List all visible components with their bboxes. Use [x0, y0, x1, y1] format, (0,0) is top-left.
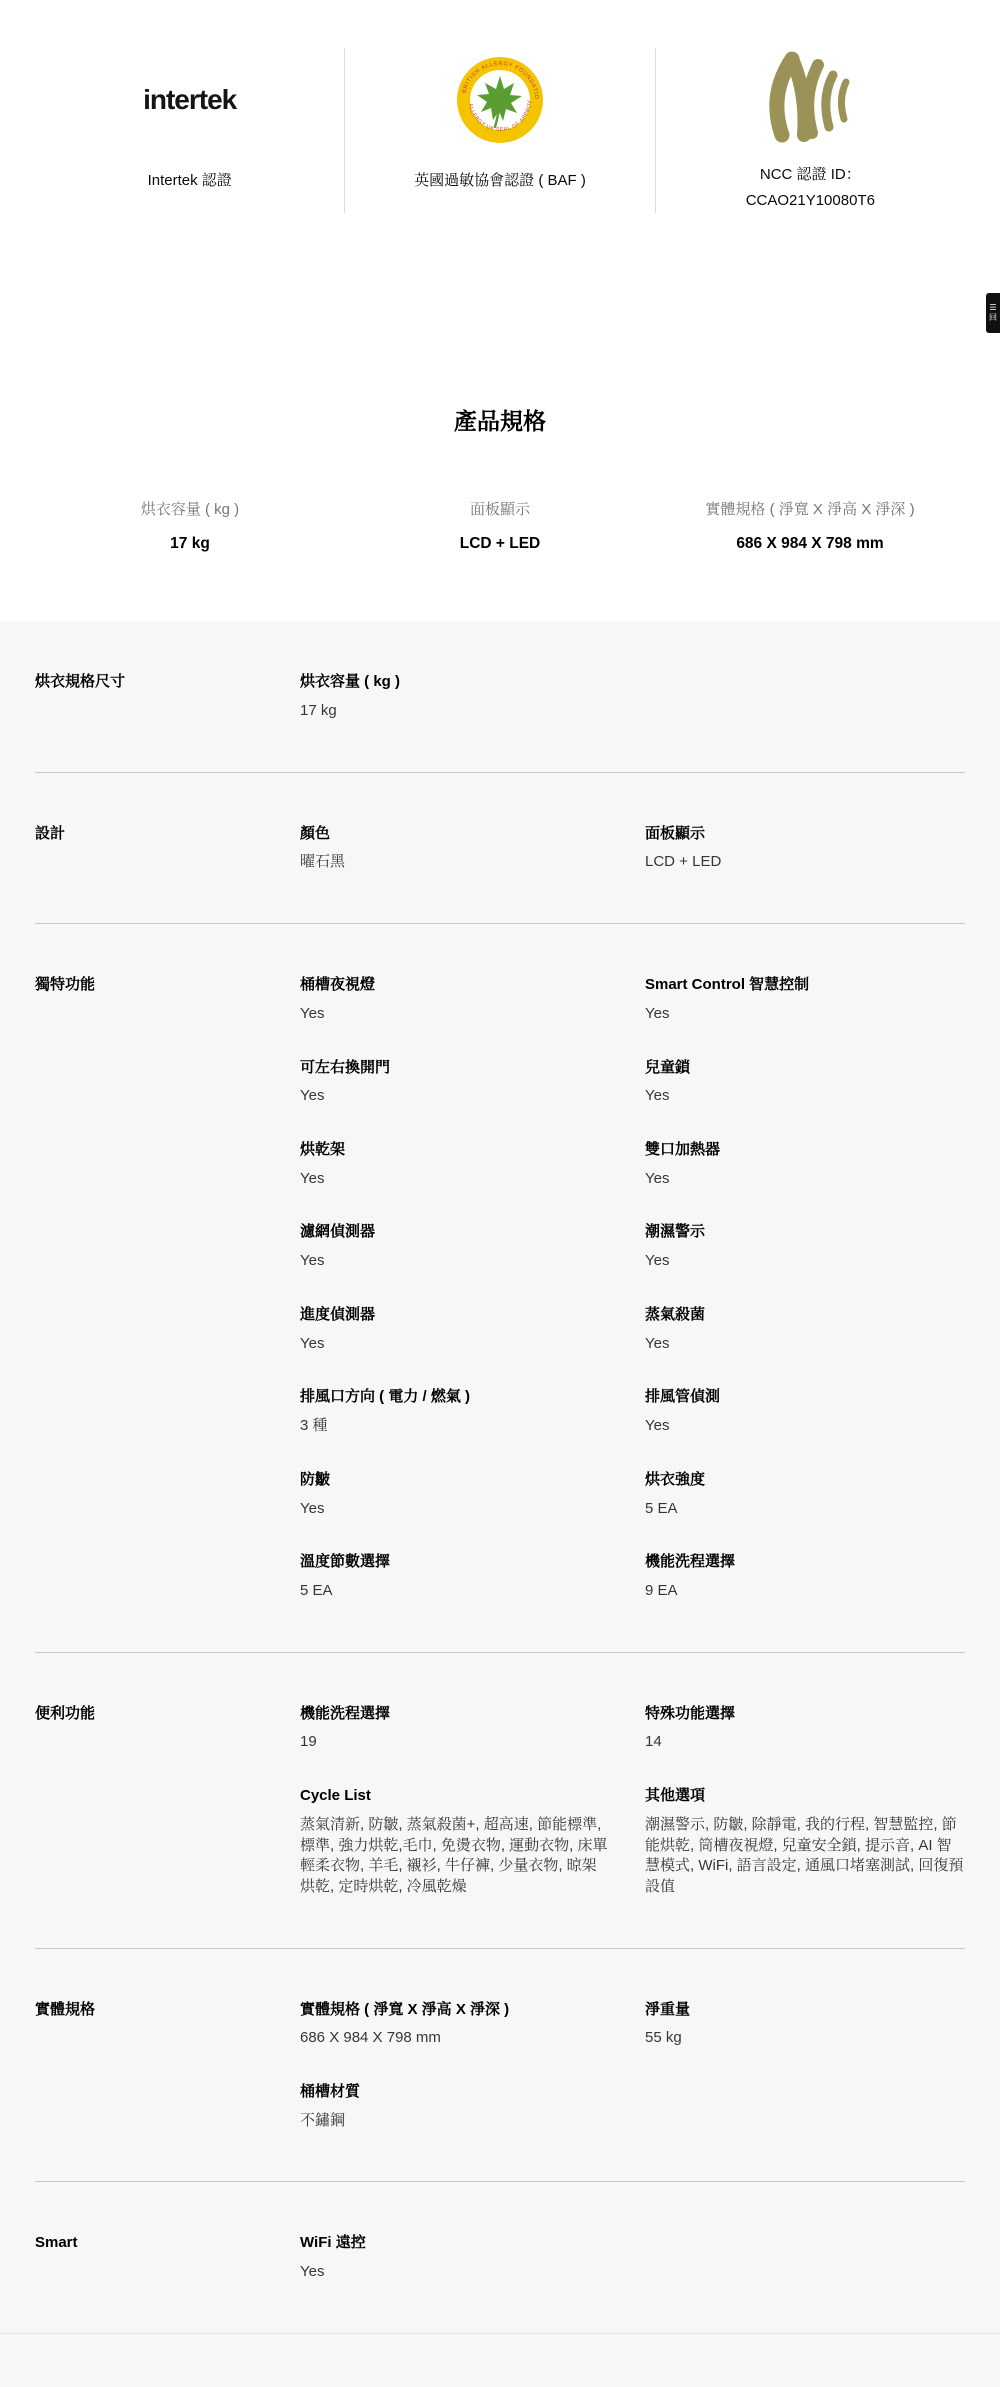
spec-item-label: 蒸氣殺菌 — [645, 1306, 965, 1325]
cert-ncc: NCC 認證 ID： CCAO21Y10080T6 — [656, 48, 965, 213]
spec-item-value: Yes — [300, 2262, 610, 2283]
spec-item: 兒童鎖Yes — [645, 1059, 965, 1107]
product-spec-hero: 產品規格 烘衣容量 ( kg ) 17 kg 面板顯示 LCD + LED 實體… — [0, 403, 1000, 553]
spec-item: 潮濕警示Yes — [645, 1223, 965, 1271]
spec-section-rows: 顏色曜石黑面板顯示LCD + LED — [300, 825, 965, 873]
spec-item-value: 曜石黑 — [300, 852, 610, 873]
spec-item: 進度偵測器Yes — [300, 1306, 645, 1354]
cert-caption: NCC 認證 ID： CCAO21Y10080T6 — [746, 162, 875, 213]
hero-spec-value: LCD + LED — [345, 535, 655, 553]
spec-row: 濾網偵測器Yes潮濕警示Yes — [300, 1223, 965, 1271]
spec-row: 烘衣容量 ( kg )17 kg — [300, 673, 965, 721]
spec-item-label: 烘乾架 — [300, 1141, 610, 1160]
spec-item-label: 烘衣強度 — [645, 1471, 965, 1490]
spec-item-value: Yes — [645, 1086, 965, 1107]
ncc-mark-svg — [760, 51, 860, 143]
spec-row: 可左右換開門Yes兒童鎖Yes — [300, 1059, 965, 1107]
spec-item: WiFi 遠控Yes — [300, 2234, 645, 2282]
spec-item-label: 淨重量 — [645, 2001, 965, 2020]
page-title: 產品規格 — [0, 403, 1000, 436]
hero-spec-value: 17 kg — [35, 535, 345, 553]
spec-item-value: Yes — [645, 1169, 965, 1190]
spec-item: Smart Control 智慧控制Yes — [645, 976, 965, 1024]
spec-item-label: 排風口方向 ( 電力 / 燃氣 ) — [300, 1388, 610, 1407]
spec-item: 溫度節數選擇5 EA — [300, 1553, 645, 1601]
spec-item-label: 雙口加熱器 — [645, 1141, 965, 1160]
spec-item: 烘衣強度5 EA — [645, 1471, 965, 1519]
spec-item: 烘乾架Yes — [300, 1141, 645, 1189]
spec-section-title: 烘衣規格尺寸 — [35, 673, 300, 721]
spec-row: 防皺Yes烘衣強度5 EA — [300, 1471, 965, 1519]
spec-item: 烘衣容量 ( kg )17 kg — [300, 673, 645, 721]
spec-item-value: Yes — [300, 1251, 610, 1272]
spec-section: 實體規格實體規格 ( 淨寬 X 淨高 X 淨深 )686 X 984 X 798… — [35, 1948, 965, 2182]
spec-item: 可左右換開門Yes — [300, 1059, 645, 1107]
spec-item-value: 9 EA — [645, 1581, 965, 1602]
spec-item: 機能洗程選擇19 — [300, 1705, 645, 1753]
spec-row: 機能洗程選擇19特殊功能選擇14 — [300, 1705, 965, 1753]
intertek-wordmark: intertek — [143, 84, 236, 116]
spec-section-rows: WiFi 遠控Yes — [300, 2234, 965, 2282]
hero-spec-dimensions: 實體規格 ( 淨寬 X 淨高 X 淨深 ) 686 X 984 X 798 mm — [655, 498, 965, 553]
spec-row: Cycle List蒸氣清新, 防皺, 蒸氣殺菌+, 超高速, 節能標準, 標準… — [300, 1787, 965, 1898]
spec-item: 雙口加熱器Yes — [645, 1141, 965, 1189]
spec-row: 桶槽材質不鏽鋼 — [300, 2083, 965, 2131]
certification-row: intertek Intertek 認證 BRITISH ALLERGY FOU… — [0, 48, 1000, 213]
spec-row: 溫度節數選擇5 EA機能洗程選擇9 EA — [300, 1553, 965, 1601]
spec-item: 桶槽材質不鏽鋼 — [300, 2083, 645, 2131]
cert-intertek: intertek Intertek 認證 — [35, 48, 345, 213]
spec-item-label: 烘衣容量 ( kg ) — [300, 673, 610, 692]
spec-row: 排風口方向 ( 電力 / 燃氣 )3 種排風管偵測Yes — [300, 1388, 965, 1436]
hero-spec-label: 烘衣容量 ( kg ) — [59, 498, 321, 521]
spec-section-title: Smart — [35, 2234, 300, 2282]
cert-caption: 英國過敏協會認證 ( BAF ) — [414, 168, 586, 194]
spec-item-value: Yes — [300, 1086, 610, 1107]
spec-row: 進度偵測器Yes蒸氣殺菌Yes — [300, 1306, 965, 1354]
spec-item-value: 蒸氣清新, 防皺, 蒸氣殺菌+, 超高速, 節能標準, 標準, 強力烘乾,毛巾,… — [300, 1815, 610, 1898]
spec-item-value: 潮濕警示, 防皺, 除靜電, 我的行程, 智慧監控, 節能烘乾, 筒槽夜視燈, … — [645, 1815, 965, 1898]
spec-item-value: Yes — [300, 1169, 610, 1190]
spec-item-value: Yes — [300, 1004, 610, 1025]
spec-item: 蒸氣殺菌Yes — [645, 1306, 965, 1354]
spec-item-label: Cycle List — [300, 1787, 610, 1806]
spec-table-sections: 烘衣規格尺寸烘衣容量 ( kg )17 kg設計顏色曜石黑面板顯示LCD + L… — [0, 621, 1000, 2387]
spec-item: 機能洗程選擇9 EA — [645, 1553, 965, 1601]
spec-item: 實體規格 ( 淨寬 X 淨高 X 淨深 )686 X 984 X 798 mm — [300, 2001, 645, 2049]
spec-item-label: 實體規格 ( 淨寬 X 淨高 X 淨深 ) — [300, 2001, 610, 2020]
spec-item-value: Yes — [645, 1334, 965, 1355]
spec-item-label: 溫度節數選擇 — [300, 1553, 610, 1572]
spec-item-label: 可左右換開門 — [300, 1059, 610, 1078]
spec-item: 濾網偵測器Yes — [300, 1223, 645, 1271]
spec-item-label: 兒童鎖 — [645, 1059, 965, 1078]
spec-item-value: Yes — [645, 1416, 965, 1437]
cert-baf: BRITISH ALLERGY FOUNDATION ALLERGY UK SE… — [345, 48, 655, 213]
spec-item-label: 潮濕警示 — [645, 1223, 965, 1242]
spec-item-label: WiFi 遠控 — [300, 2234, 610, 2253]
spec-item: 排風管偵測Yes — [645, 1388, 965, 1436]
spec-item: 面板顯示LCD + LED — [645, 825, 965, 873]
spec-row: 顏色曜石黑面板顯示LCD + LED — [300, 825, 965, 873]
footer-divider-strip — [0, 2333, 1000, 2387]
spec-item-label: 特殊功能選擇 — [645, 1705, 965, 1724]
spec-section-title: 設計 — [35, 825, 300, 873]
floating-side-tab[interactable]: ☰ 回 — [986, 293, 1000, 333]
baf-leaf-badge-icon: BRITISH ALLERGY FOUNDATION ALLERGY UK SE… — [456, 48, 544, 152]
intertek-logo-icon: intertek — [143, 48, 236, 152]
spec-item-value: 55 kg — [645, 2028, 965, 2049]
spec-item-value: 686 X 984 X 798 mm — [300, 2028, 610, 2049]
qr-code-icon: 回 — [989, 314, 997, 322]
spec-item: 淨重量55 kg — [645, 2001, 965, 2049]
spec-item-value: 14 — [645, 1732, 965, 1753]
spec-item-value: 3 種 — [300, 1416, 610, 1437]
spec-item: 排風口方向 ( 電力 / 燃氣 )3 種 — [300, 1388, 645, 1436]
cert-caption: Intertek 認證 — [148, 168, 232, 194]
spec-item: 特殊功能選擇14 — [645, 1705, 965, 1753]
spec-row: 桶槽夜視燈YesSmart Control 智慧控制Yes — [300, 976, 965, 1024]
spec-section-rows: 桶槽夜視燈YesSmart Control 智慧控制Yes可左右換開門Yes兒童… — [300, 976, 965, 1602]
hero-spec-label: 實體規格 ( 淨寬 X 淨高 X 淨深 ) — [679, 498, 941, 521]
spec-item: Cycle List蒸氣清新, 防皺, 蒸氣殺菌+, 超高速, 節能標準, 標準… — [300, 1787, 645, 1898]
spec-item-value: 17 kg — [300, 701, 610, 722]
spec-section-title: 便利功能 — [35, 1705, 300, 1898]
spec-item: 桶槽夜視燈Yes — [300, 976, 645, 1024]
spec-item-value: 5 EA — [645, 1499, 965, 1520]
spec-item-label: 防皺 — [300, 1471, 610, 1490]
spec-row: 實體規格 ( 淨寬 X 淨高 X 淨深 )686 X 984 X 798 mm淨… — [300, 2001, 965, 2049]
spec-item-value: LCD + LED — [645, 852, 965, 873]
menu-lines-icon: ☰ — [989, 304, 996, 312]
spec-item: 防皺Yes — [300, 1471, 645, 1519]
spec-item: 顏色曜石黑 — [300, 825, 645, 873]
spec-item-value: Yes — [645, 1251, 965, 1272]
spec-row: 烘乾架Yes雙口加熱器Yes — [300, 1141, 965, 1189]
spec-item-label: 進度偵測器 — [300, 1306, 610, 1325]
ncc-mark-icon — [760, 48, 860, 146]
spec-item-label: 面板顯示 — [645, 825, 965, 844]
spec-item-label: 顏色 — [300, 825, 610, 844]
spec-section-title: 獨特功能 — [35, 976, 300, 1602]
spec-section-rows: 烘衣容量 ( kg )17 kg — [300, 673, 965, 721]
ncc-caption-line2: CCAO21Y10080T6 — [746, 188, 875, 214]
spec-section-title: 實體規格 — [35, 2001, 300, 2132]
spec-section: 獨特功能桶槽夜視燈YesSmart Control 智慧控制Yes可左右換開門Y… — [35, 923, 965, 1652]
spec-item-value: 5 EA — [300, 1581, 610, 1602]
spec-item-value: Yes — [645, 1004, 965, 1025]
spec-item: 其他選項潮濕警示, 防皺, 除靜電, 我的行程, 智慧監控, 節能烘乾, 筒槽夜… — [645, 1787, 965, 1898]
spec-item-label: Smart Control 智慧控制 — [645, 976, 965, 995]
spec-section-rows: 機能洗程選擇19特殊功能選擇14Cycle List蒸氣清新, 防皺, 蒸氣殺菌… — [300, 1705, 965, 1898]
spec-item-label: 桶槽夜視燈 — [300, 976, 610, 995]
spec-item-value: Yes — [300, 1499, 610, 1520]
spec-section: 設計顏色曜石黑面板顯示LCD + LED — [35, 772, 965, 923]
spec-item-value: Yes — [300, 1334, 610, 1355]
spec-item-label: 其他選項 — [645, 1787, 965, 1806]
hero-spec-panel: 面板顯示 LCD + LED — [345, 498, 655, 553]
spec-item-label: 濾網偵測器 — [300, 1223, 610, 1242]
spec-item-value: 19 — [300, 1732, 610, 1753]
baf-badge-svg: BRITISH ALLERGY FOUNDATION ALLERGY UK SE… — [456, 56, 544, 144]
spec-row: WiFi 遠控Yes — [300, 2234, 965, 2282]
spec-item-label: 機能洗程選擇 — [300, 1705, 610, 1724]
hero-spec-grid: 烘衣容量 ( kg ) 17 kg 面板顯示 LCD + LED 實體規格 ( … — [0, 498, 1000, 553]
ncc-caption-line1: NCC 認證 ID： — [746, 162, 875, 188]
spec-item-value: 不鏽鋼 — [300, 2111, 610, 2132]
hero-spec-capacity: 烘衣容量 ( kg ) 17 kg — [35, 498, 345, 553]
hero-spec-label: 面板顯示 — [369, 498, 631, 521]
product-spec-page: intertek Intertek 認證 BRITISH ALLERGY FOU… — [0, 0, 1000, 2387]
spec-section-rows: 實體規格 ( 淨寬 X 淨高 X 淨深 )686 X 984 X 798 mm淨… — [300, 2001, 965, 2132]
spec-item-label: 機能洗程選擇 — [645, 1553, 965, 1572]
spec-section: SmartWiFi 遠控Yes — [35, 2181, 965, 2332]
spec-section: 烘衣規格尺寸烘衣容量 ( kg )17 kg — [35, 621, 965, 771]
spec-section: 便利功能機能洗程選擇19特殊功能選擇14Cycle List蒸氣清新, 防皺, … — [35, 1652, 965, 1948]
hero-spec-value: 686 X 984 X 798 mm — [655, 535, 965, 553]
spec-item-label: 桶槽材質 — [300, 2083, 610, 2102]
spec-item-label: 排風管偵測 — [645, 1388, 965, 1407]
